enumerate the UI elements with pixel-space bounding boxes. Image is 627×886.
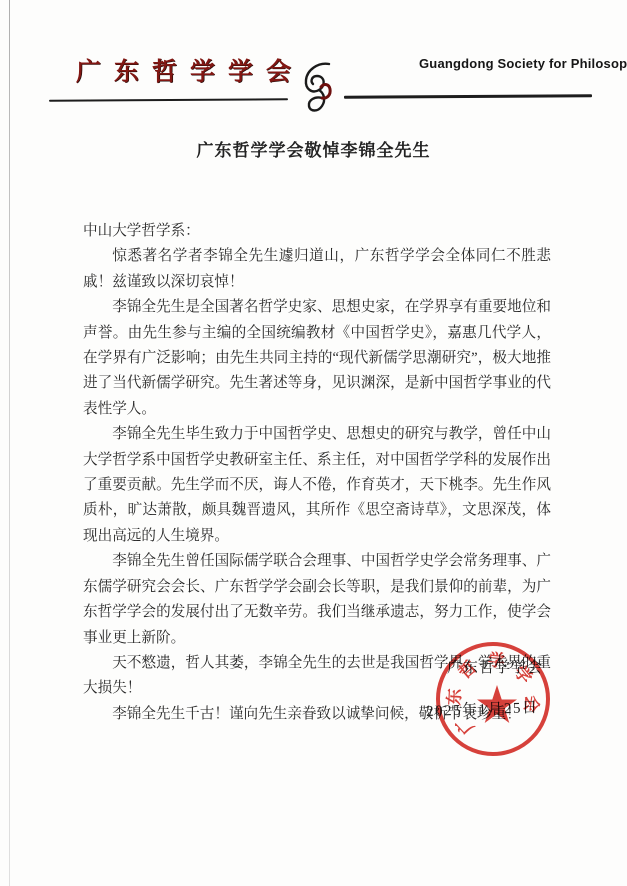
seal-char: 学 bbox=[487, 649, 506, 670]
letterhead-rule-right bbox=[344, 94, 592, 98]
org-name-chinese: 广东哲学学会 bbox=[76, 52, 304, 88]
paragraph-3: 李锦全先生毕生致力于中国哲学史、思想史的研究与教学，曾任中山大学哲学系中国哲学史… bbox=[83, 422, 551, 549]
paragraph-2: 李锦全先生是全国著名哲学史家、思想史家，在学界享有重要地位和声誉。由先生参与主编… bbox=[83, 295, 551, 422]
scan-edge-line bbox=[9, 0, 10, 886]
seal-star-icon bbox=[477, 685, 517, 723]
seal-char: 会 bbox=[521, 694, 543, 713]
org-name-english: Guangdong Society for Philosophy bbox=[419, 56, 627, 71]
seal-char: 广 bbox=[451, 713, 477, 739]
seal-char: 哲 bbox=[454, 656, 480, 682]
paragraph-1: 惊悉著名学者李锦全先生遽归道山，广东哲学学会全体同仁不胜悲戚！兹谨致以深切哀悼！ bbox=[83, 244, 551, 295]
letter-title: 广东哲学学会敬悼李锦全先生 bbox=[0, 136, 627, 161]
official-seal: 广 东 哲 学 学 会 bbox=[430, 636, 556, 762]
salutation: 中山大学哲学系： bbox=[83, 219, 551, 244]
seal-char: 学 bbox=[510, 662, 536, 688]
seal-char: 东 bbox=[444, 688, 465, 706]
letter-page: 广东哲学学会 Guangdong Society for Philosophy … bbox=[0, 0, 627, 886]
society-logo-icon bbox=[296, 58, 342, 116]
letterhead-rule-left bbox=[49, 98, 288, 101]
seal-ring-text: 广 东 哲 学 学 会 bbox=[432, 638, 549, 741]
